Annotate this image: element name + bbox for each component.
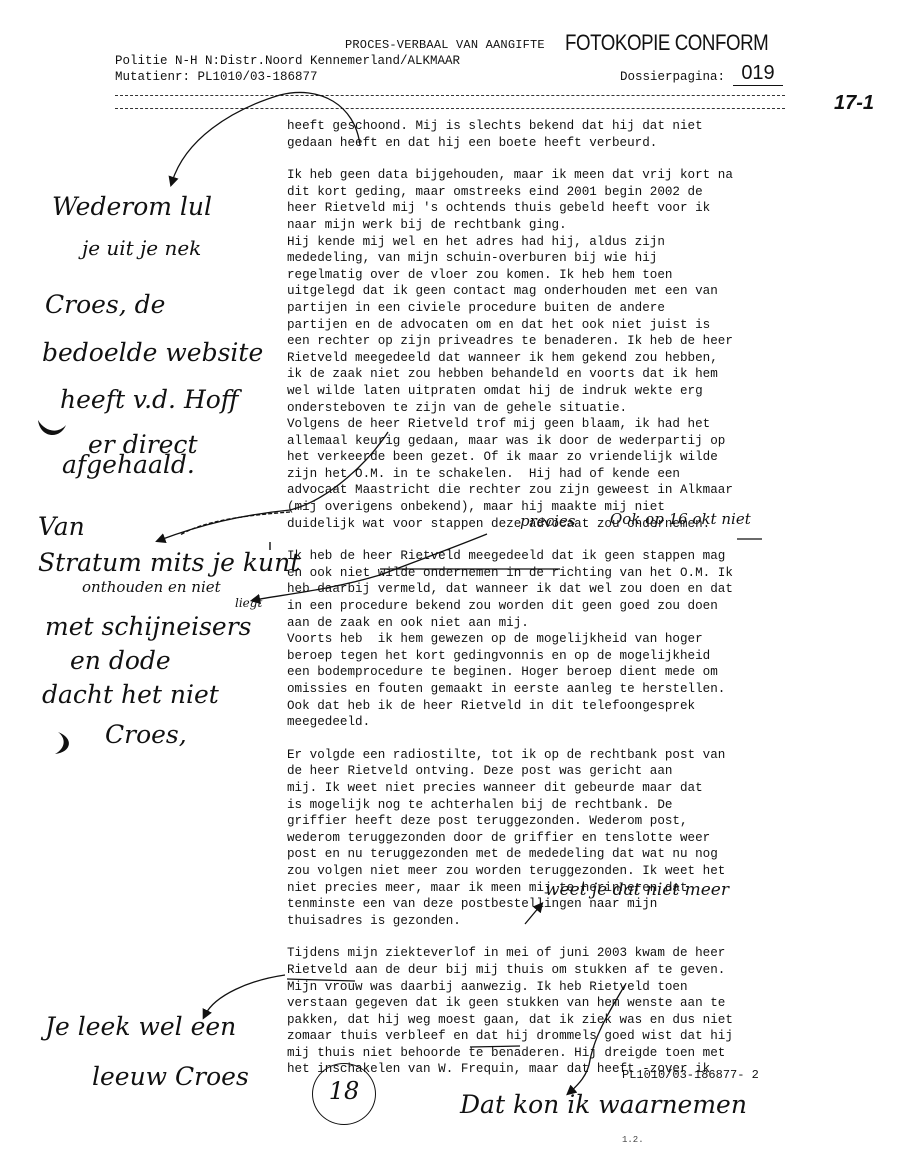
handnote-line: Dat kon ik waarnemen (460, 1090, 747, 1119)
document-title: PROCES-VERBAAL VAN AANGIFTE (345, 38, 545, 52)
statement-line: is mogelijk nog te achterhalen bij de re… (287, 797, 827, 814)
dossier-label: Dossierpagina: (620, 70, 725, 84)
statement-line: heeft geschoond. Mij is slechts bekend d… (287, 118, 827, 135)
statement-line: Hij kende mij wel en het adres had hij, … (287, 234, 827, 251)
page-mark: 17-1 (834, 92, 874, 115)
paragraph-gap (287, 151, 827, 167)
handnote-line: dacht het niet (42, 680, 219, 709)
handnote-line: je uit je nek (82, 236, 201, 260)
handnote-line: bedoelde website (42, 338, 263, 367)
statement-line: Rietveld meegedeeld dat wanneer ik hem g… (287, 350, 827, 367)
footer-reference: PL1010/03-186877- 2 (622, 1068, 759, 1082)
statement-line: zomaar thuis verbleef en dat hij drommel… (287, 1028, 827, 1045)
statement-line: omissies en fouten gemaakt in eerste aan… (287, 681, 827, 698)
statement-line: wederom teruggezonden door de griffier e… (287, 830, 827, 847)
statement-line: in een procedure bekend zou worden dit g… (287, 598, 827, 615)
statement-line: Volgens de heer Rietveld trof mij geen b… (287, 416, 827, 433)
handnote-precies: precies (520, 512, 575, 530)
police-unit: Politie N-H N:Distr.Noord Kennemerland/A… (115, 54, 460, 68)
handnote-line: heeft v.d. Hoff (60, 385, 239, 414)
handnote-line: Croes, de (45, 290, 165, 319)
statement-body: heeft geschoond. Mij is slechts bekend d… (287, 118, 827, 1078)
statement-line: heer Rietveld mij 's ochtends thuis gebe… (287, 200, 827, 217)
statement-line: Tijdens mijn ziekteverlof in mei of juni… (287, 945, 827, 962)
statement-line: Er volgde een radiostilte, tot ik op de … (287, 747, 827, 764)
divider-2 (115, 108, 785, 109)
statement-line: Ik heb geen data bijgehouden, maar ik me… (287, 167, 827, 184)
circled-page-number: 18 (312, 1063, 376, 1125)
arrow-icon (205, 975, 285, 1015)
statement-line: thuisadres is gezonden. (287, 913, 827, 930)
statement-line: heb daarbij vermeld, dat wanneer ik dat … (287, 581, 827, 598)
statement-line: griffier heeft deze post teruggezonden. … (287, 813, 827, 830)
moon-icon (38, 420, 66, 435)
handnote-line: Van (38, 512, 85, 541)
statement-line: mededeling, van mijn schuin-overburen bi… (287, 250, 827, 267)
handnote-ook: Ook op 16 okt niet (610, 510, 751, 528)
statement-line: zijn het O.M. in te schakelen. Hij had o… (287, 466, 827, 483)
statement-line: advocaat Maastricht die rechter zou zijn… (287, 482, 827, 499)
statement-line: het verkeerde been gezet. Of ik maar zo … (287, 449, 827, 466)
statement-line: een bodemprocedure te beginen. Hoger ber… (287, 664, 827, 681)
dossier-page-number: 019 (733, 62, 783, 86)
statement-line: een rechter op zijn priveadres te benade… (287, 333, 827, 350)
statement-line: ondersteboven te zijn van de gehele situ… (287, 400, 827, 417)
handnote-line: en dode (70, 646, 171, 675)
handnote-insert: onthouden en niet (82, 578, 221, 596)
divider-1 (115, 95, 785, 96)
statement-line: Ik heb de heer Rietveld meegedeeld dat i… (287, 548, 827, 565)
statement-line: de heer Rietveld ontving. Deze post was … (287, 763, 827, 780)
statement-line: beroep tegen het kort gedingvonnis en op… (287, 648, 827, 665)
statement-line: wel wilde laten uitpraten omdat hij de i… (287, 383, 827, 400)
handnote-line: afgehaald. (62, 450, 195, 479)
handnote-line: Croes, (105, 720, 187, 749)
statement-line: partijen in een civiele procedure buiten… (287, 300, 827, 317)
mutation-number: Mutatienr: PL1010/03-186877 (115, 70, 318, 84)
statement-line: Rietveld aan de deur bij mij thuis om st… (287, 962, 827, 979)
statement-line: dit kort geding, maar omstreeks eind 200… (287, 184, 827, 201)
paragraph-gap (287, 929, 827, 945)
paragraph-gap (287, 731, 827, 747)
statement-line: ik de zaak niet zou hebben behandeld en … (287, 366, 827, 383)
statement-line: uitgelegd dat ik geen contact mag onderh… (287, 283, 827, 300)
statement-line: Ook dat heb ik de heer Rietveld in dit t… (287, 698, 827, 715)
handnote-line: Je leek wel een (45, 1012, 236, 1041)
handnote-line: Wederom lul (52, 192, 212, 221)
circled-number-text: 18 (313, 1077, 375, 1105)
handnote-line: met schijneisers (45, 612, 251, 641)
statement-line: verstaan gegeven dat ik geen stukken van… (287, 995, 827, 1012)
handnote-insert: liegt (235, 596, 262, 610)
statement-line: allemaal keurig gedaan, maar was ik door… (287, 433, 827, 450)
arrow-icon (180, 512, 290, 535)
copy-stamp: FOTOKOPIE CONFORM (565, 30, 768, 56)
statement-line: partijen en de advocaten om en dat het o… (287, 317, 827, 334)
paragraph-gap (287, 532, 827, 548)
statement-line: regelmatig over de vloer zou komen. Ik h… (287, 267, 827, 284)
statement-line: Mijn vrouw was daarbij aanwezig. Ik heb … (287, 979, 827, 996)
statement-line: post en nu teruggezonden met de mededeli… (287, 846, 827, 863)
statement-line: naar mijn werk bij de rechtbank ging. (287, 217, 827, 234)
statement-line: gedaan heeft en dat hij een boete heeft … (287, 135, 827, 152)
statement-line: zou volgen niet meer zou worden teruggez… (287, 863, 827, 880)
handnote-weet: weet je dat niet meer (545, 880, 729, 900)
statement-line: pakken, dat hij weg moest gaan, dat ik z… (287, 1012, 827, 1029)
footer-mark: 1.2. (622, 1135, 644, 1145)
statement-line: meegedeeld. (287, 714, 827, 731)
statement-line: en ook niet wilde ondernemen in de richt… (287, 565, 827, 582)
handnote-line: leeuw Croes (92, 1062, 249, 1091)
statement-line: mij. Ik weet niet precies wanneer dit ge… (287, 780, 827, 797)
moon-icon (55, 732, 69, 754)
handnote-line: Stratum mits je kunt (38, 548, 300, 577)
statement-line: Voorts heb ik hem gewezen op de mogelijk… (287, 631, 827, 648)
statement-line: mij thuis niet behoorde te benaderen. Hi… (287, 1045, 827, 1062)
statement-line: aan de zaak en ook niet aan mij. (287, 615, 827, 632)
